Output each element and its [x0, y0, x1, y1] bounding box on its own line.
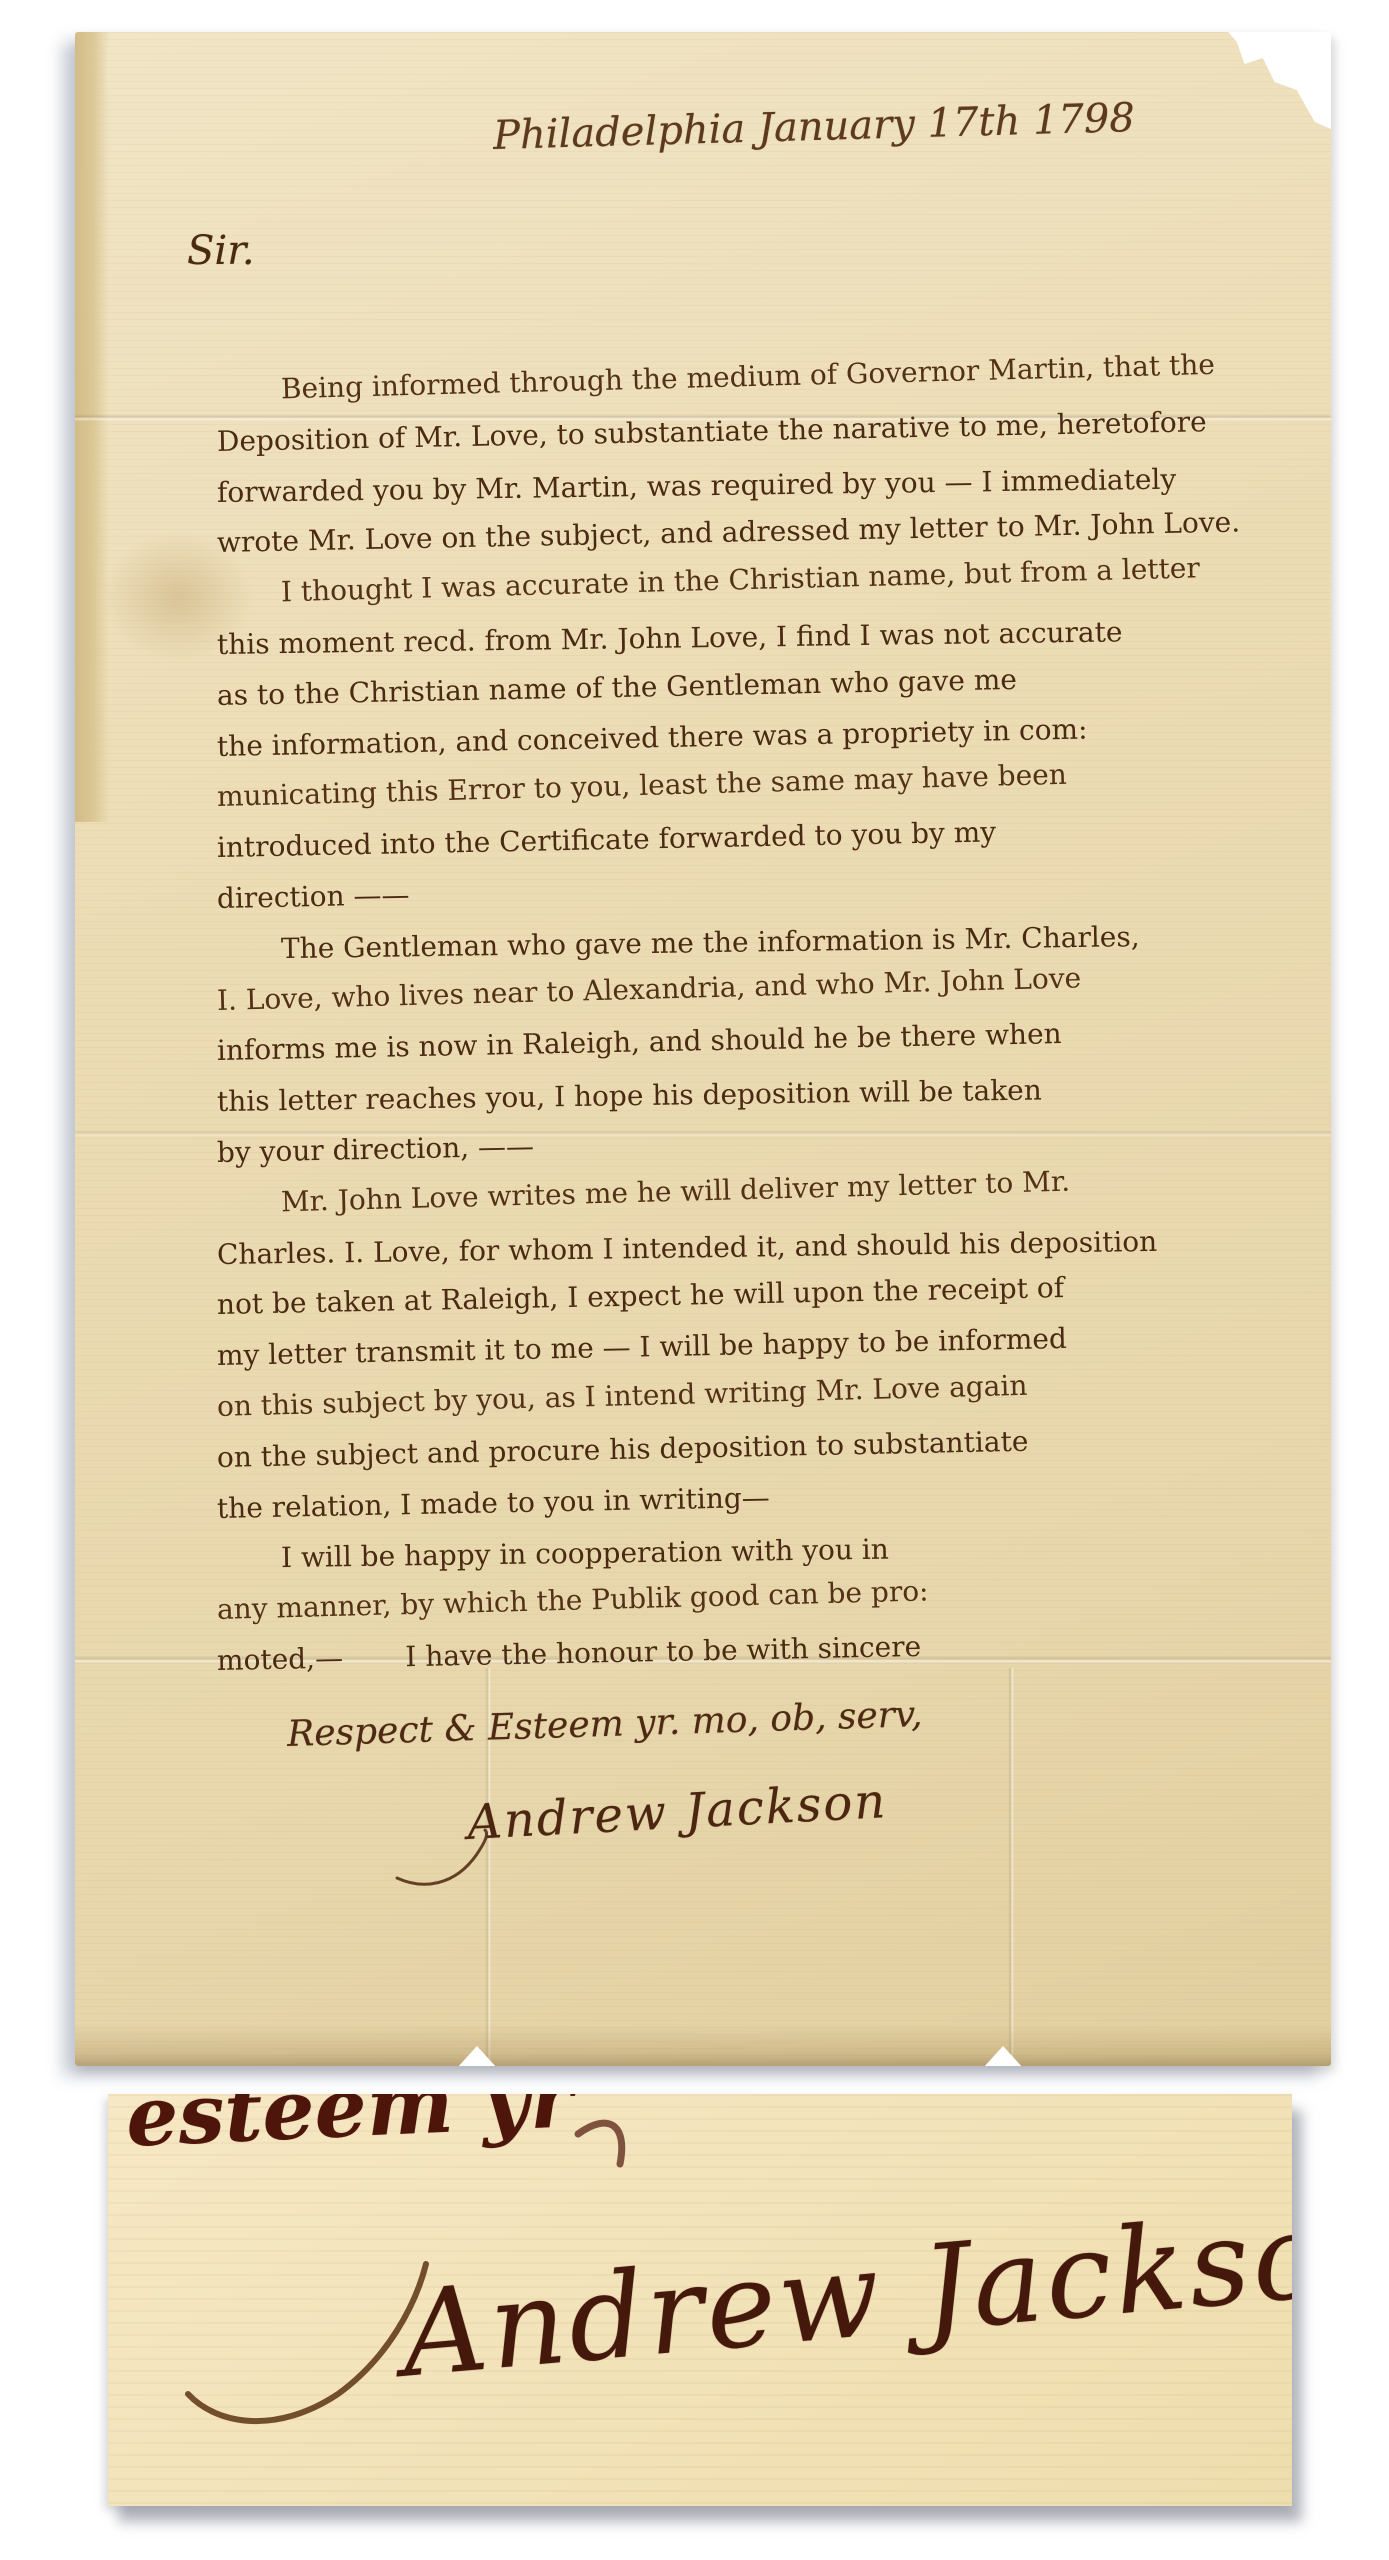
torn-corner — [1203, 32, 1331, 130]
scanned-letter-photo: Philadelphia January 17th 1798 Sir. Bein… — [0, 0, 1389, 2560]
signature-closeup: esteem yr Andrew Jackson — [108, 2094, 1292, 2506]
fold-crease-vertical — [1008, 1668, 1014, 2066]
dateline: Philadelphia January 17th 1798 — [492, 95, 1135, 159]
letter-body: Being informed through the medium of Gov… — [217, 366, 1247, 1687]
salutation: Sir. — [187, 228, 255, 274]
closeup-signature-flourish — [108, 2094, 1292, 2506]
bottom-fold-edge — [75, 2024, 1331, 2066]
left-edge-stain — [75, 32, 109, 822]
signature-flourish — [393, 1820, 633, 1890]
letter-page: Philadelphia January 17th 1798 Sir. Bein… — [75, 32, 1331, 2066]
closing-line: Respect & Esteem yr. mo, ob, serv, — [287, 1694, 923, 1755]
